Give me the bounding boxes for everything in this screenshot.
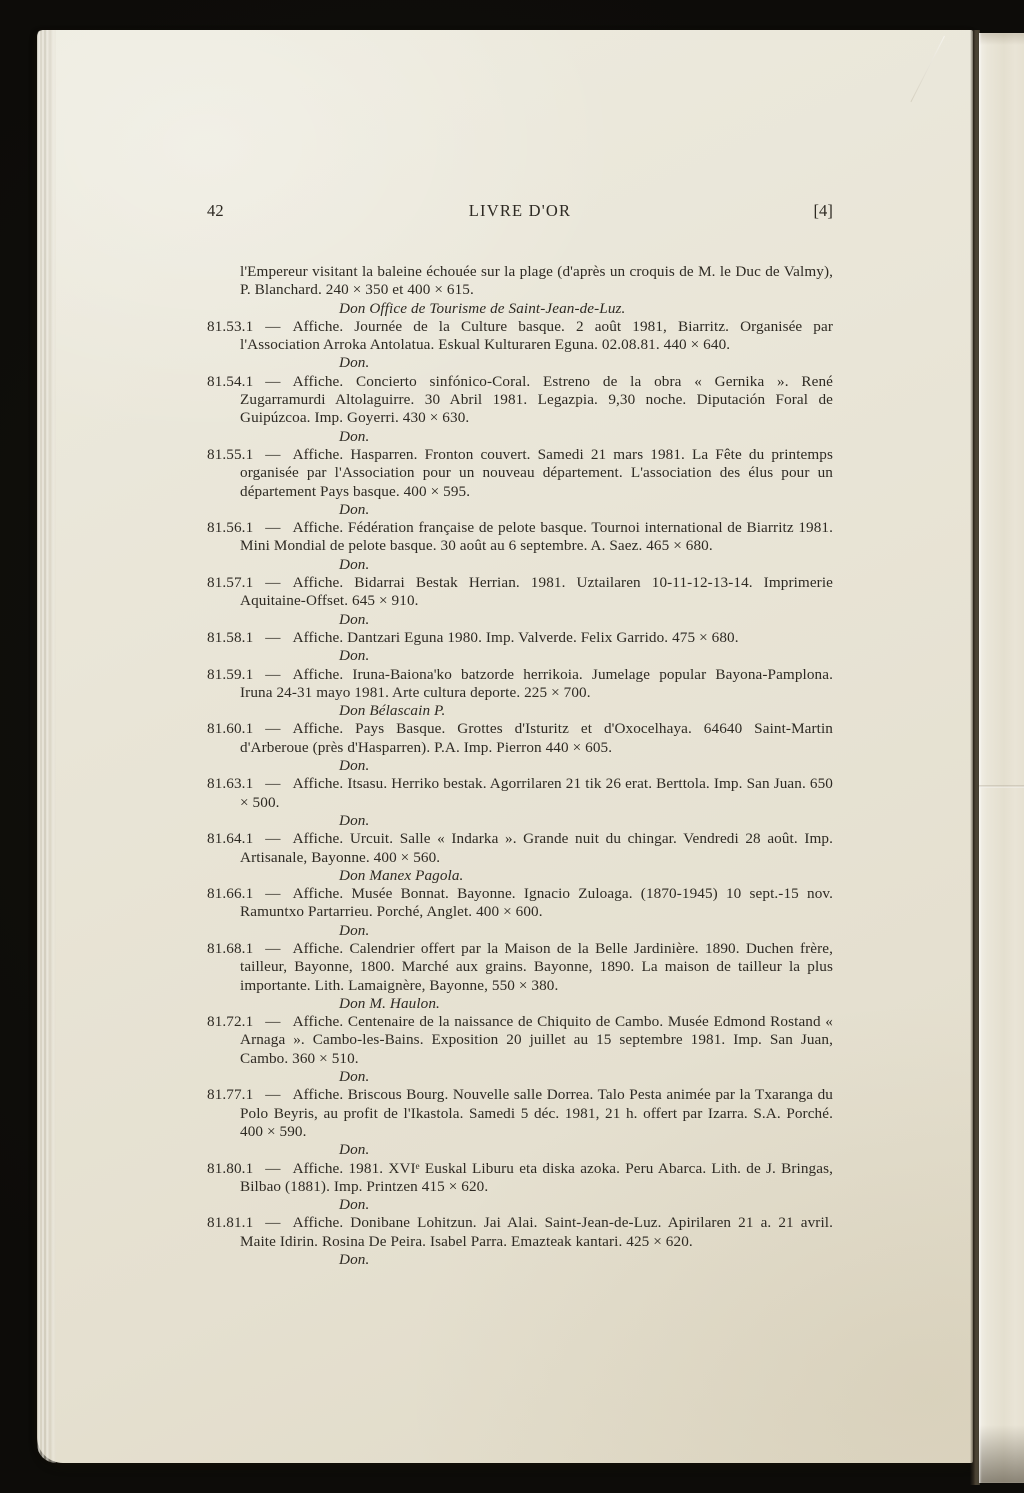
page-content: 42 LIVRE D'OR [4] l'Empereur visitant la…	[207, 201, 833, 1269]
entry-text: Affiche. Pays Basque. Grottes d'Isturitz…	[240, 720, 833, 755]
entry-number: 81.59.1	[207, 666, 253, 683]
catalog-entry: 81.54.1—Affiche. Concierto sinfónico-Cor…	[207, 373, 833, 428]
entry-dash: —	[265, 885, 280, 902]
entry-text: Affiche. Fédération française de pelote …	[240, 519, 833, 554]
entry-number: 81.66.1	[207, 885, 253, 902]
entry-dash: —	[265, 629, 280, 646]
catalog-entry: 81.66.1—Affiche. Musée Bonnat. Bayonne. …	[207, 885, 833, 922]
catalog-entry: 81.72.1—Affiche. Centenaire de la naissa…	[207, 1013, 833, 1068]
next-page-edge	[979, 33, 1024, 1483]
entry-number: 81.53.1	[207, 318, 253, 335]
catalog-entry: 81.80.1—Affiche. 1981. XVIᵉ Euskal Libur…	[207, 1160, 833, 1197]
entry-text: l'Empereur visitant la baleine échouée s…	[240, 263, 833, 298]
catalog-entry-continuation: l'Empereur visitant la baleine échouée s…	[207, 263, 833, 300]
donation-line: Don.	[339, 922, 833, 940]
entry-dash: —	[265, 720, 280, 737]
entry-dash: —	[265, 940, 280, 957]
entry-number: 81.68.1	[207, 940, 253, 957]
donation-line: Don.	[339, 647, 833, 665]
donation-line: Don.	[339, 611, 833, 629]
donation-line: Don.	[339, 354, 833, 372]
donation-line: Don Office de Tourisme de Saint-Jean-de-…	[339, 300, 833, 318]
donation-line: Don.	[339, 501, 833, 519]
donation-line: Don.	[339, 1196, 833, 1214]
catalog-entry: 81.60.1—Affiche. Pays Basque. Grottes d'…	[207, 720, 833, 757]
entry-text: Affiche. Hasparren. Fronton couvert. Sam…	[240, 446, 833, 500]
entry-dash: —	[265, 1013, 280, 1030]
entry-text: Affiche. Urcuit. Salle « Indarka ». Gran…	[240, 830, 833, 865]
entry-text: Affiche. Journée de la Culture basque. 2…	[240, 318, 833, 353]
catalog-entry: 81.53.1—Affiche. Journée de la Culture b…	[207, 318, 833, 355]
donation-line: Don.	[339, 1251, 833, 1269]
donation-line: Don Manex Pagola.	[339, 867, 833, 885]
next-page-fold	[979, 785, 1024, 788]
entry-text: Affiche. Musée Bonnat. Bayonne. Ignacio …	[240, 885, 833, 920]
entry-dash: —	[265, 830, 280, 847]
book-title: LIVRE D'OR	[364, 201, 677, 221]
catalog-entry: 81.58.1—Affiche. Dantzari Eguna 1980. Im…	[207, 629, 833, 647]
catalog-entry: 81.56.1—Affiche. Fédération française de…	[207, 519, 833, 556]
catalog-entry: 81.77.1—Affiche. Briscous Bourg. Nouvell…	[207, 1086, 833, 1141]
entry-dash: —	[265, 1160, 280, 1177]
page-number: 42	[207, 201, 364, 221]
entry-number: 81.64.1	[207, 830, 253, 847]
donation-line: Don.	[339, 812, 833, 830]
entry-number: 81.63.1	[207, 775, 253, 792]
page-header: 42 LIVRE D'OR [4]	[207, 201, 833, 221]
book-photo: { "header": { "page_number": "42", "titl…	[0, 0, 1024, 1493]
entry-number: 81.81.1	[207, 1214, 253, 1231]
entry-number: 81.55.1	[207, 446, 253, 463]
entry-dash: —	[265, 446, 280, 463]
page-edge-stack	[37, 30, 56, 1463]
entry-text: Affiche. Briscous Bourg. Nouvelle salle …	[240, 1086, 833, 1140]
donation-line: Don.	[339, 428, 833, 446]
entry-number: 81.56.1	[207, 519, 253, 536]
entry-dash: —	[265, 1214, 280, 1231]
donation-line: Don.	[339, 1141, 833, 1159]
entry-number: 81.77.1	[207, 1086, 253, 1103]
entry-number: 81.58.1	[207, 629, 253, 646]
entry-number: 81.60.1	[207, 720, 253, 737]
entry-dash: —	[265, 373, 280, 390]
entry-dash: —	[265, 775, 280, 792]
entry-dash: —	[265, 318, 280, 335]
entry-number: 81.80.1	[207, 1160, 253, 1177]
paper-crease	[910, 36, 944, 102]
entry-number: 81.72.1	[207, 1013, 253, 1030]
entry-dash: —	[265, 1086, 280, 1103]
catalog-entry: 81.55.1—Affiche. Hasparren. Fronton couv…	[207, 446, 833, 501]
catalog-entry: 81.57.1—Affiche. Bidarrai Bestak Herrian…	[207, 574, 833, 611]
entry-dash: —	[265, 574, 280, 591]
catalog-entry: 81.81.1—Affiche. Donibane Lohitzun. Jai …	[207, 1214, 833, 1251]
entry-text: Affiche. Bidarrai Bestak Herrian. 1981. …	[240, 574, 833, 609]
donation-line: Don.	[339, 757, 833, 775]
catalog-entry: 81.68.1—Affiche. Calendrier offert par l…	[207, 940, 833, 995]
entry-text: Affiche. 1981. XVIᵉ Euskal Liburu eta di…	[240, 1160, 833, 1195]
entry-text: Affiche. Donibane Lohitzun. Jai Alai. Sa…	[240, 1214, 833, 1249]
entry-number: 81.54.1	[207, 373, 253, 390]
entry-text: Affiche. Dantzari Eguna 1980. Imp. Valve…	[293, 629, 739, 646]
entry-text: Affiche. Concierto sinfónico-Coral. Estr…	[240, 373, 833, 427]
entry-list: l'Empereur visitant la baleine échouée s…	[207, 263, 833, 1269]
entry-dash: —	[265, 519, 280, 536]
catalog-entry: 81.64.1—Affiche. Urcuit. Salle « Indarka…	[207, 830, 833, 867]
entry-text: Affiche. Iruna-Baiona'ko batzorde herrik…	[240, 666, 833, 701]
entry-number: 81.57.1	[207, 574, 253, 591]
entry-text: Affiche. Centenaire de la naissance de C…	[240, 1013, 833, 1067]
donation-line: Don.	[339, 1068, 833, 1086]
catalog-entry: 81.59.1—Affiche. Iruna-Baiona'ko batzord…	[207, 666, 833, 703]
donation-line: Don M. Haulon.	[339, 995, 833, 1013]
entry-dash: —	[265, 666, 280, 683]
book-page: 42 LIVRE D'OR [4] l'Empereur visitant la…	[37, 30, 973, 1463]
catalog-entry: 81.63.1—Affiche. Itsasu. Herriko bestak.…	[207, 775, 833, 812]
entry-text: Affiche. Calendrier offert par la Maison…	[240, 940, 833, 994]
entry-text: Affiche. Itsasu. Herriko bestak. Agorril…	[240, 775, 833, 810]
donation-line: Don.	[339, 556, 833, 574]
folio-mark: [4]	[677, 201, 834, 221]
donation-line: Don Bélascain P.	[339, 702, 833, 720]
